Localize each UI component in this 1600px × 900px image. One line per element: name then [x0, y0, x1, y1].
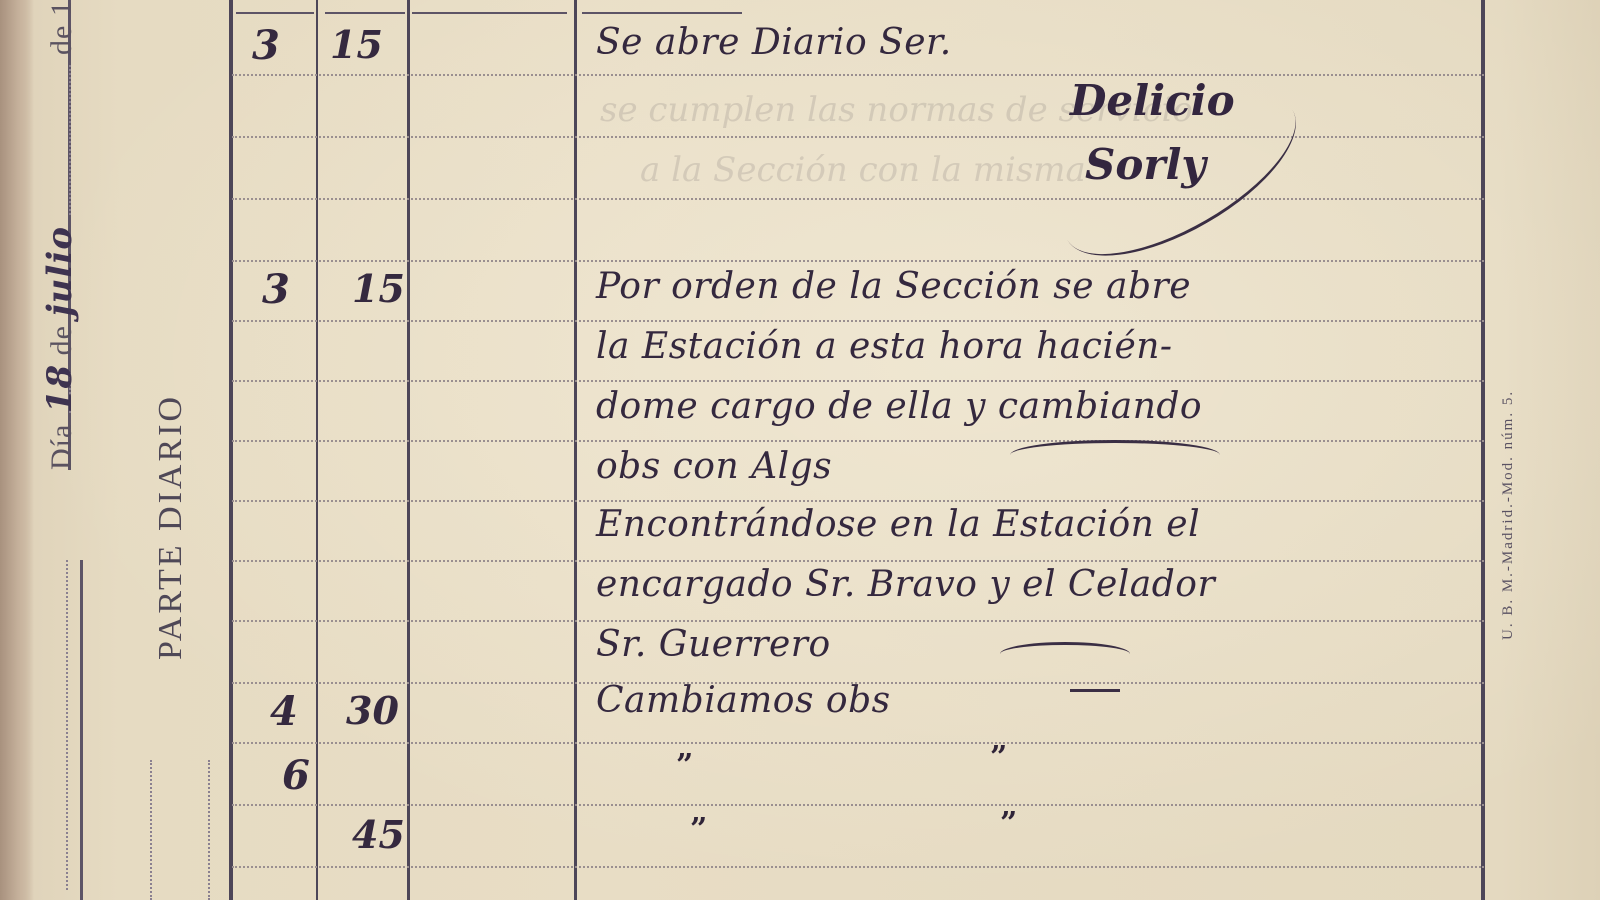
header-underline [412, 12, 567, 14]
table-border-right [1481, 0, 1485, 900]
entry-text-line: Sr. Guerrero [596, 624, 831, 665]
entry-minutes: 15 [352, 266, 405, 311]
column-divider-hour [316, 0, 318, 900]
ledger-page: Día 18 de julio de 19 PARTE DIARIO se cu… [0, 0, 1600, 900]
header-underline [582, 12, 742, 14]
entry-hour: 4 [270, 688, 298, 735]
column-divider-text [574, 0, 577, 900]
header-underline [325, 12, 405, 14]
ruled-line [232, 804, 1484, 806]
book-spine-shadow [0, 0, 34, 900]
date-month: julio [40, 226, 80, 317]
ruled-line [232, 620, 1484, 622]
ditto-mark: ” [676, 748, 693, 783]
entry-hour: 3 [252, 22, 280, 69]
column-divider-minutes [407, 0, 410, 900]
line-filler-stroke [1070, 688, 1120, 692]
ruled-line [232, 440, 1484, 442]
table-border-left [229, 0, 233, 900]
entry-minutes: 45 [352, 812, 405, 857]
entry-text-line: Cambiamos obs [596, 680, 891, 721]
ruled-line [232, 260, 1484, 262]
form-title: PARTE DIARIO [152, 394, 190, 660]
entry-text-line: Se abre Diario Ser. [596, 22, 952, 63]
ruled-line [232, 74, 1484, 76]
date-prefix: Día [45, 424, 78, 470]
entry-hour: 6 [282, 752, 310, 799]
date-suffix: de 19 [45, 0, 78, 55]
entry-text-line: obs con Algs [596, 446, 832, 487]
header-rule-lower [80, 560, 83, 900]
ruled-line [232, 500, 1484, 502]
ruled-line [232, 198, 1484, 200]
entry-minutes: 15 [330, 22, 383, 67]
date-field: Día 18 de julio de 19 [40, 0, 80, 470]
ruled-line [232, 320, 1484, 322]
entry-text-line: Por orden de la Sección se abre [596, 266, 1191, 307]
ruled-line [232, 866, 1484, 868]
ruled-line [232, 136, 1484, 138]
entry-minutes: 30 [346, 688, 399, 733]
entry-text-line: Encontrándose en la Estación el [596, 504, 1200, 545]
line-filler-stroke [1010, 440, 1220, 470]
entry-text-line: dome cargo de ella y cambiando [596, 386, 1202, 427]
header-underline [236, 12, 314, 14]
date-day: 18 [40, 364, 80, 413]
dotted-guide [66, 560, 68, 890]
printer-imprint: U. B. M.-Madrid.-Mod. núm. 5. [1500, 390, 1517, 640]
ditto-mark: ” [1000, 806, 1017, 841]
ruled-line [232, 560, 1484, 562]
bleed-through: a la Sección con la misma [640, 150, 1086, 190]
ditto-mark: ” [690, 812, 707, 847]
entry-hour: 3 [262, 266, 290, 313]
entry-text-line: la Estación a esta hora hacién- [596, 326, 1173, 367]
ruled-line [232, 742, 1484, 744]
dotted-guide [208, 760, 210, 900]
entry-text-line: encargado Sr. Bravo y el Celador [596, 564, 1215, 605]
ruled-line [232, 380, 1484, 382]
date-mid: de [45, 325, 78, 355]
ditto-mark: ” [990, 740, 1007, 775]
line-filler-stroke [1000, 642, 1130, 666]
dotted-guide [150, 760, 152, 900]
